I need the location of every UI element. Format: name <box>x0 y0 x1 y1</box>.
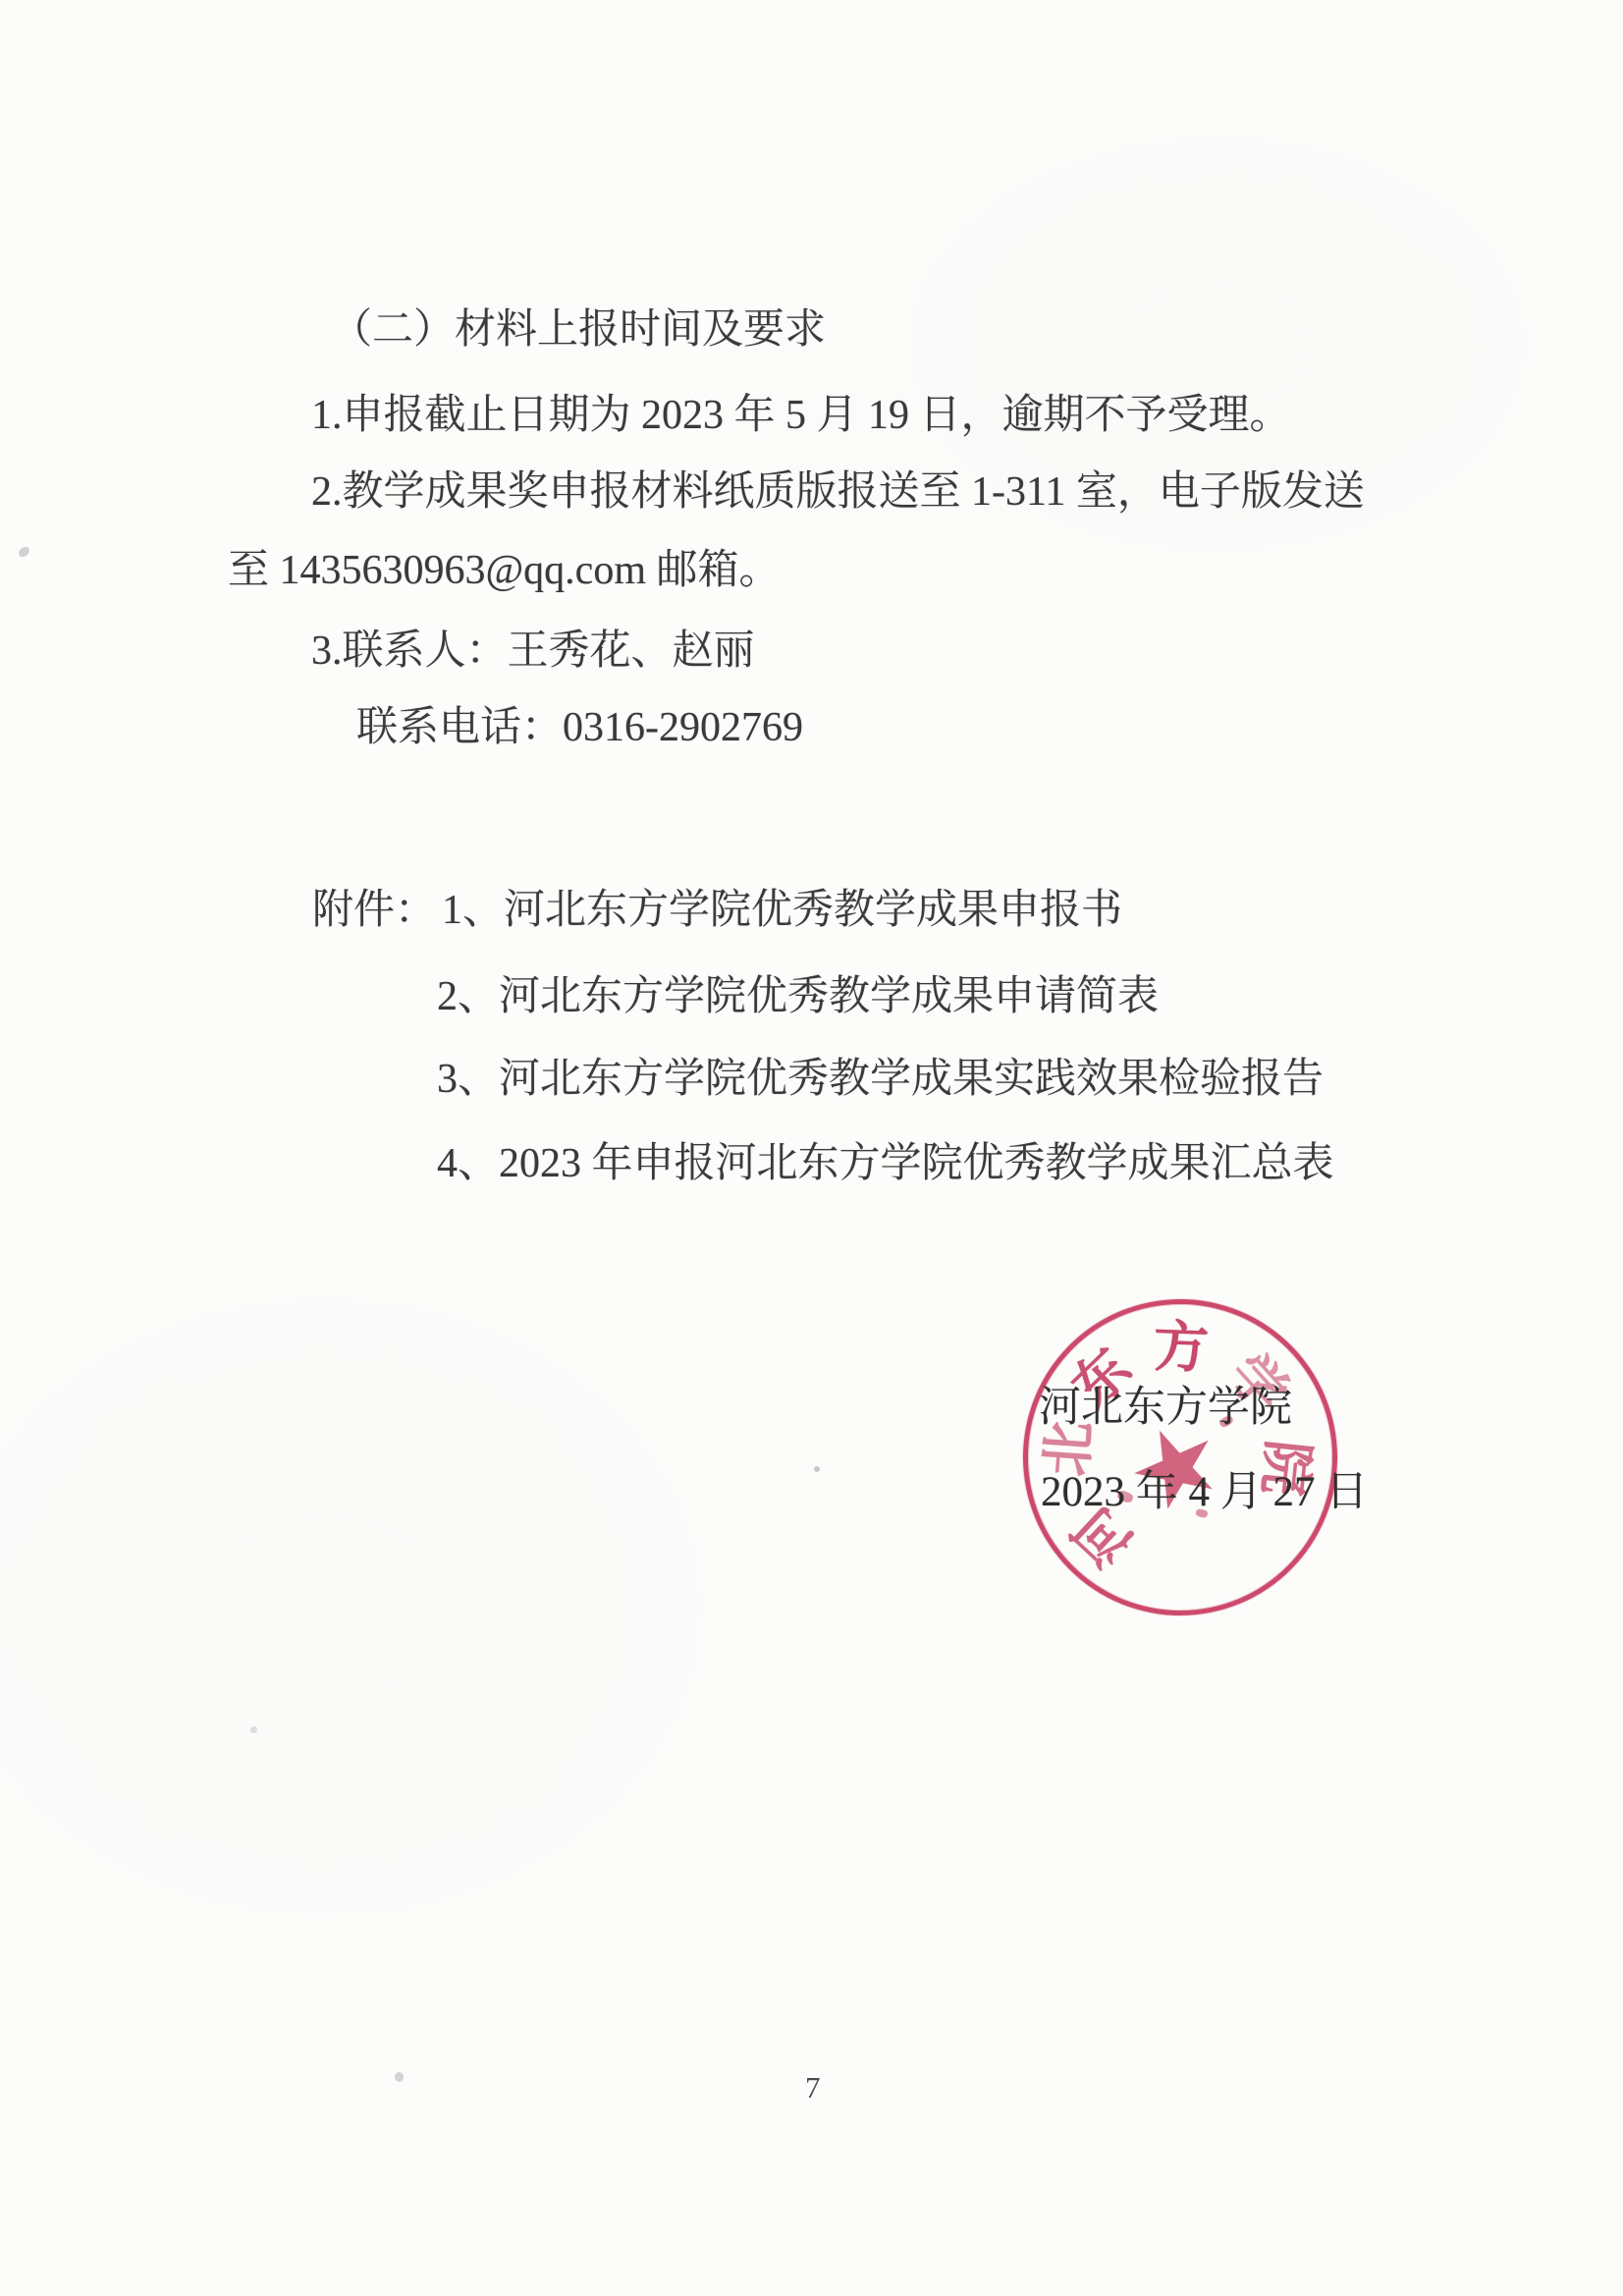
body-line-deadline: 1.申报截止日期为 2023 年 5 月 19 日，逾期不予受理。 <box>311 392 1291 439</box>
seal-char: 方 <box>1153 1303 1211 1384</box>
signature-organization: 河北东方学院 <box>1039 1385 1292 1431</box>
attachment-item: 4、2023 年申报河北东方学院优秀教学成果汇总表 <box>437 1140 1334 1187</box>
body-line-phone: 联系电话：0316-2902769 <box>356 704 803 751</box>
scan-artifact <box>395 2072 404 2082</box>
official-seal: 河 北 东 方 学 院 <box>1023 1299 1337 1613</box>
scan-artifact <box>17 545 30 560</box>
attachments-row-1: 附件：1、河北东方学院优秀教学成果申报书 <box>312 887 1122 934</box>
section-heading: （二）材料上报时间及要求 <box>331 306 826 354</box>
attachment-item: 1、河北东方学院优秀教学成果申报书 <box>442 888 1122 933</box>
body-line-submission: 2.教学成果奖申报材料纸质版报送至 1-311 室，电子版发送 <box>311 468 1365 516</box>
page-number: 7 <box>805 2070 821 2105</box>
scan-artifact <box>814 1466 820 1472</box>
scanned-document-page: （二）材料上报时间及要求 1.申报截止日期为 2023 年 5 月 19 日，逾… <box>0 0 1623 2296</box>
body-line-contacts: 3.联系人：王秀花、赵丽 <box>311 628 755 675</box>
attachment-item: 2、河北东方学院优秀教学成果申请简表 <box>437 973 1159 1020</box>
signature-date: 2023 年 4 月 27 日 <box>1041 1469 1368 1515</box>
body-line-email: 至 1435630963@qq.com 邮箱。 <box>228 547 781 594</box>
attachments-label: 附件： <box>312 888 436 933</box>
scan-artifact <box>250 1726 257 1733</box>
attachment-item: 3、河北东方学院优秀教学成果实践效果检验报告 <box>437 1056 1324 1103</box>
